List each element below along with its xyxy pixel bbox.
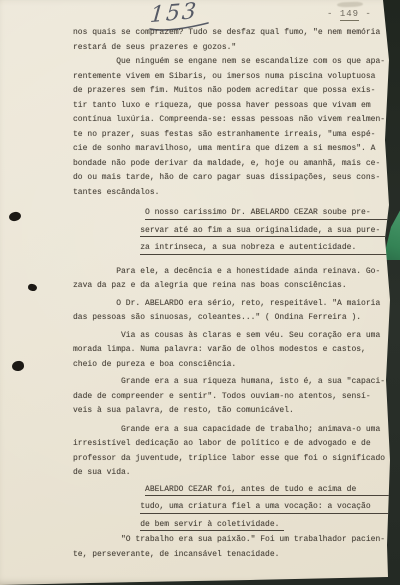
typewritten-line: cheio de pureza e boa consciência. [73, 358, 393, 373]
paragraph: Grande era a sua capacidade de trabalho;… [73, 423, 393, 481]
typewritten-line: Grande era a sua riqueza humana, isto é,… [73, 375, 393, 390]
underlined-passage: O nosso carissimo Dr. ABELARDO CEZAR sou… [73, 204, 393, 257]
paragraph: Grande era a sua riqueza humana, isto é,… [73, 375, 393, 419]
typewritten-line: ABELARDO CEZAR foi, antes de tudo e acim… [73, 481, 393, 499]
underlined-passage: ABELARDO CEZAR foi, antes de tudo e acim… [73, 481, 393, 534]
paragraph: Via as cousas às claras e sem véu. Seu c… [73, 329, 393, 373]
typewritten-line: nos quais se comprazem? Tudo se desfaz q… [73, 26, 393, 41]
typewritten-line: bondade não pode derivar da maldade, e, … [73, 157, 393, 172]
ink-blot [12, 360, 25, 371]
typewritten-line: servar até ao fim a sua originalidade, a… [73, 222, 393, 240]
typewritten-line: irresistível dedicação ao labor de polít… [73, 437, 393, 452]
typewritten-line: Via as cousas às claras e sem véu. Seu c… [73, 329, 393, 344]
typewritten-line: veis à sua palavra, de resto, tão comuni… [73, 404, 393, 419]
typewritten-line: tir tanto luxo e riqueza, que possa have… [73, 99, 393, 114]
typewritten-line: Que ninguém se engane nem se escandalize… [73, 55, 393, 70]
document-page: 153 - 149 - nos quais se comprazem? Tudo… [0, 0, 400, 585]
typewritten-line: tudo, uma criatura fiel a uma vocação: a… [73, 498, 393, 516]
typewritten-line: cie de sonho maravilhoso, uma mentira qu… [73, 142, 393, 157]
typewritten-line: O Dr. ABELARDO era sério, reto, respeitá… [73, 297, 393, 312]
typewritten-line: Grande era a sua capacidade de trabalho;… [73, 423, 393, 438]
text-flow: nos quais se comprazem? Tudo se desfaz q… [73, 0, 393, 562]
typewritten-line: tantes escândalos. [73, 186, 393, 201]
typewritten-line: de prazeres sem fim. Muitos não podem ac… [73, 84, 393, 99]
typewritten-line: Para ele, a decência e a honestidade ain… [73, 265, 393, 280]
ink-blot [8, 211, 22, 222]
paragraph: "O trabalho era sua paixão." Foi um trab… [73, 533, 393, 562]
typewritten-line: zava da paz e da alegria que reina nas b… [73, 279, 393, 294]
paragraph: Que ninguém se engane nem se escandalize… [73, 55, 393, 200]
typewritten-line: contínua luxúria. Compreenda-se: essas p… [73, 113, 393, 128]
typewritten-line: "O trabalho era sua paixão." Foi um trab… [73, 533, 393, 548]
typewritten-line: restará de seus prazeres e gozos." [73, 41, 393, 56]
typewritten-line: dade de compreender e sentir". Todos ouv… [73, 390, 393, 405]
typewritten-line: rentemente vivem em Sibaris, ou imersos … [73, 70, 393, 85]
paragraph: Para ele, a decência e a honestidade ain… [73, 265, 393, 294]
typewritten-line: professor da juventude, tríplice labor e… [73, 452, 393, 467]
ink-blot [28, 283, 38, 291]
typewritten-line: O nosso carissimo Dr. ABELARDO CEZAR sou… [73, 204, 393, 222]
typewritten-line: de sua vida. [73, 466, 393, 481]
paragraph: nos quais se comprazem? Tudo se desfaz q… [73, 26, 393, 55]
typewritten-line: de bem servir à coletividade. [73, 516, 393, 534]
typewritten-line: za intrinseca, a sua nobreza e autentici… [73, 239, 393, 257]
typewritten-line: morada limpa. Numa palavra: varão de olh… [73, 343, 393, 358]
typewritten-line: das pessoas são sinuosas, coleantes..." … [73, 311, 393, 326]
typewritten-line: te, perseverante, de incansável tenacida… [73, 548, 393, 563]
paragraph: O Dr. ABELARDO era sério, reto, respeitá… [73, 297, 393, 326]
typewritten-line: do ou mais tarde, hão de caro pagar suas… [73, 171, 393, 186]
typewritten-line: te no prazer, suas festas são estranhame… [73, 128, 393, 143]
